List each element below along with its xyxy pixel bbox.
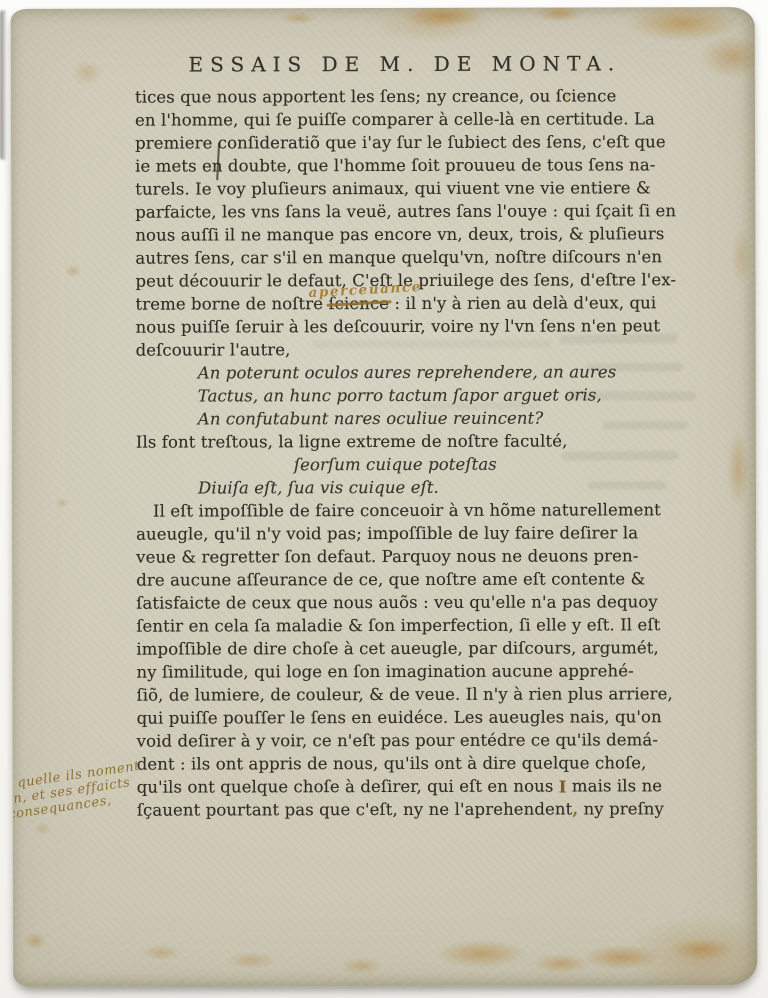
text-line: Diuiſa eſt, ſua vis cuique eſt. [136, 475, 688, 499]
text-line: en l'homme, qui ſe puiſſe comparer à cel… [135, 107, 687, 131]
book-page: ESSAIS DE M. DE MONTA. tices que nous ap… [11, 7, 758, 987]
text-line: void deſirer à y voir, ce n'eſt pas pour… [137, 728, 689, 752]
text-line: autres ſens, car s'il en manque quelqu'v… [135, 245, 687, 269]
photo-background: ESSAIS DE M. DE MONTA. tices que nous ap… [0, 0, 768, 998]
text-line: ie mets en doubte, que l'homme ſoit prou… [135, 153, 687, 177]
text-line: tices que nous apportent les ſens; ny cr… [135, 84, 687, 108]
text-line: aueugle, qu'il n'y void pas; impoſſible … [136, 521, 688, 545]
text-line: impoſſible de dire choſe à cet aueugle, … [136, 636, 688, 660]
text-line: ny ſimilitude, qui loge en ſon imaginati… [136, 659, 688, 683]
text-line: qui puiſſe pouſſer le ſens en euidéce. L… [137, 705, 689, 729]
text-line: An poterunt oculos aures reprehendere, a… [136, 360, 688, 384]
text-line: deſcouurir l'autre, [136, 337, 688, 361]
text-line: veue & regretter ſon defaut. Parquoy nou… [136, 544, 688, 568]
text-line: turels. Ie voy pluſieurs animaux, qui vi… [135, 176, 687, 200]
text-block: tices que nous apportent les ſens; ny cr… [135, 84, 689, 821]
text-line: Tactus, an hunc porro tactum ſapor argue… [136, 383, 688, 407]
running-header: ESSAIS DE M. DE MONTA. [135, 51, 675, 76]
struck-word: ſcienceaperceuance [328, 292, 389, 315]
text-line: ſiõ, de lumiere, de couleur, & de veue. … [136, 682, 688, 706]
text-line: ſentir en cela ſa maladie & ſon imperfec… [136, 613, 688, 637]
spine-shadow [0, 10, 7, 160]
text-line: Il eſt impoſſible de faire conceuoir à v… [136, 498, 688, 522]
text-line: nous puiſſe ſeruir à les deſcouurir, voi… [136, 314, 688, 338]
text-line: Ils font treſtous, la ligne extreme de n… [136, 429, 688, 453]
text-line: An confutabunt nares oculiue reuincent? [136, 406, 688, 430]
text-line: nous auſſi il ne manque pas encore vn, d… [135, 222, 687, 246]
text-line: ſatisfaicte de ceux que nous auõs : veu … [136, 590, 688, 614]
text-line: dent : ils ont appris de nous, qu'ils on… [137, 751, 689, 775]
text-line: qu'ils ont quelque choſe à deſirer, qui … [137, 774, 689, 798]
handwritten-insertion-mark: I [559, 776, 567, 799]
text-line: ſçauent pourtant pas que c'eſt, ny ne l'… [137, 797, 689, 821]
text-line: premiere conſideratiõ que i'ay ſur le ſu… [135, 130, 687, 154]
text-line: dre aucune aſſeurance de ce, que noſtre … [136, 567, 688, 591]
text-line: treme borne de noſtre ſcienceaperceuance… [135, 291, 687, 315]
text-line: parfaicte, les vns ſans la veuë, autres … [135, 199, 687, 223]
text-line: ſeorſum cuique poteſtas [136, 452, 688, 476]
margin-annotation: La quelle ils nomentbien, et ses effaict… [11, 759, 145, 824]
